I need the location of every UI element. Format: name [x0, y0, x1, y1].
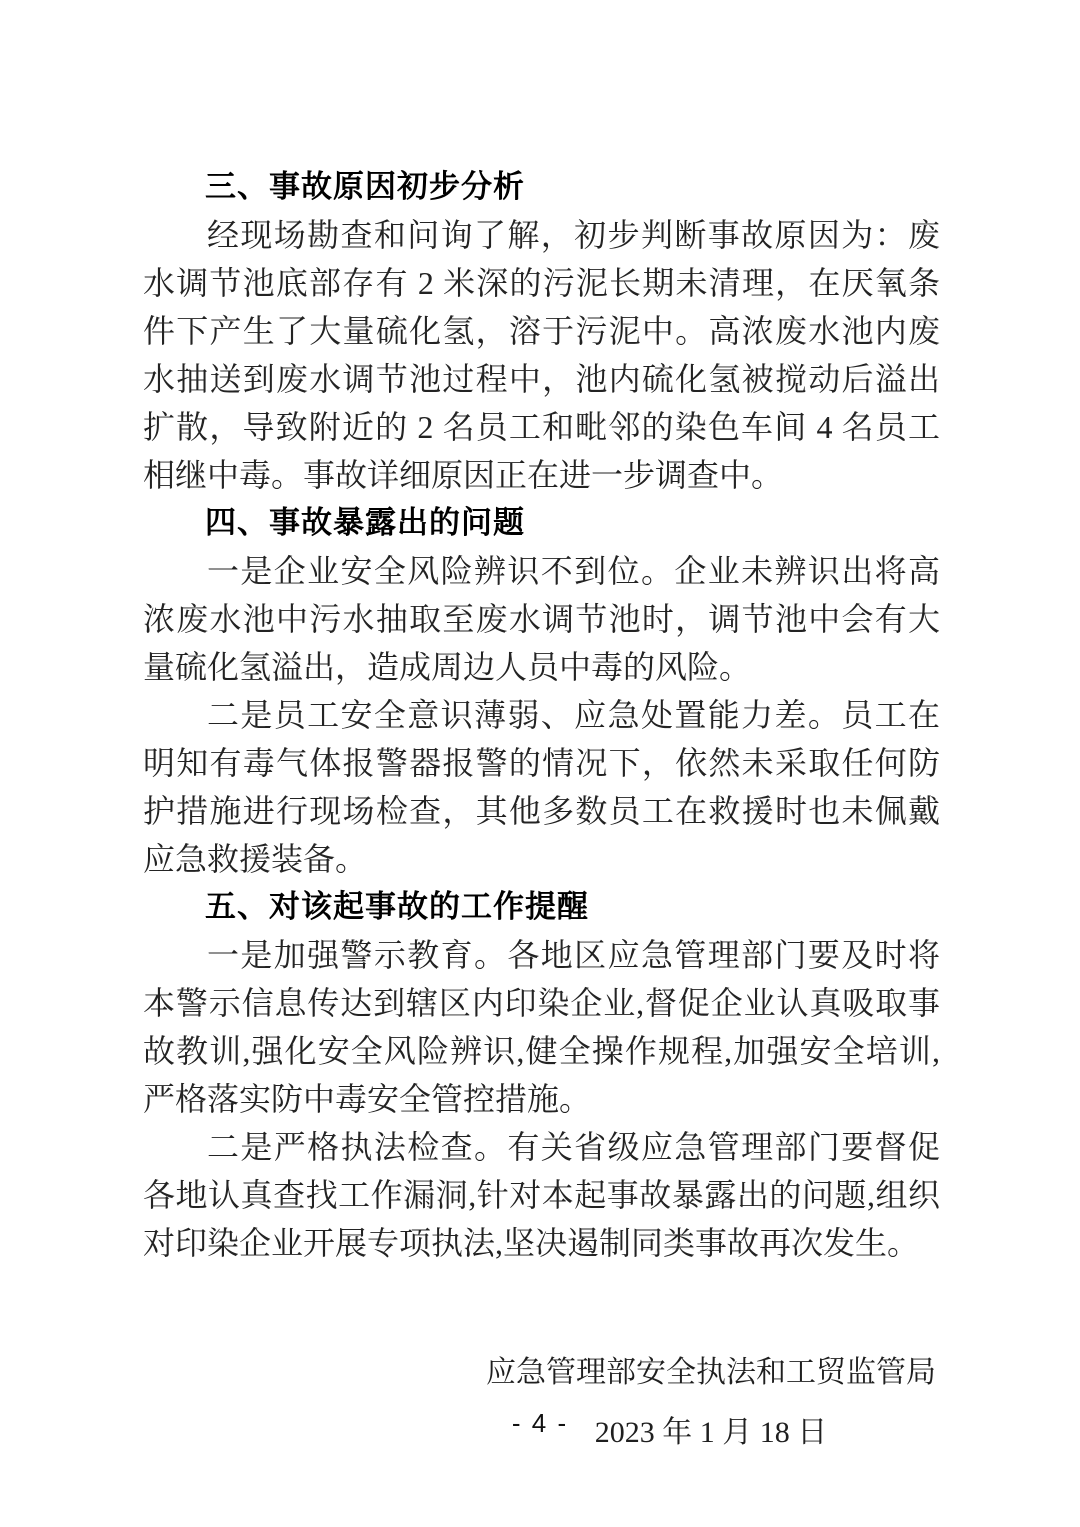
section-heading-work-reminders: 五、对该起事故的工作提醒: [143, 883, 940, 931]
section-heading-exposed-problems: 四、事故暴露出的问题: [143, 499, 940, 547]
section-exposed-problems: 四、事故暴露出的问题 一是企业安全风险辨识不到位。企业未辨识出将高浓废水池中污水…: [143, 499, 940, 883]
paragraph-cause-analysis: 经现场勘查和问询了解，初步判断事故原因为：废水调节池底部存有 2 米深的污泥长期…: [143, 211, 940, 499]
signature-block: 应急管理部安全执法和工贸监管局 2023 年 1 月 18 日: [486, 1351, 936, 1455]
paragraph-reminder-warning-education: 一是加强警示教育。各地区应急管理部门要及时将本警示信息传达到辖区内印染企业,督促…: [143, 931, 940, 1123]
document-page: 三、事故原因初步分析 经现场勘查和问询了解，初步判断事故原因为：废水调节池底部存…: [0, 0, 1080, 1527]
document-body: 三、事故原因初步分析 经现场勘查和问询了解，初步判断事故原因为：废水调节池底部存…: [143, 163, 940, 1455]
signature-issuer: 应急管理部安全执法和工贸监管局: [486, 1351, 936, 1395]
section-work-reminders: 五、对该起事故的工作提醒 一是加强警示教育。各地区应急管理部门要及时将本警示信息…: [143, 883, 940, 1267]
paragraph-problem-safety-awareness: 二是员工安全意识薄弱、应急处置能力差。员工在明知有毒气体报警器报警的情况下，依然…: [143, 691, 940, 883]
paragraph-reminder-law-enforcement: 二是严格执法检查。有关省级应急管理部门要督促各地认真查找工作漏洞,针对本起事故暴…: [143, 1123, 940, 1267]
page-number: - 4 -: [512, 1408, 568, 1438]
section-heading-cause-analysis: 三、事故原因初步分析: [143, 163, 940, 211]
page-footer: - 4 -: [0, 1408, 1080, 1439]
section-accident-cause-analysis: 三、事故原因初步分析 经现场勘查和问询了解，初步判断事故原因为：废水调节池底部存…: [143, 163, 940, 499]
paragraph-problem-risk-identification: 一是企业安全风险辨识不到位。企业未辨识出将高浓废水池中污水抽取至废水调节池时，调…: [143, 547, 940, 691]
